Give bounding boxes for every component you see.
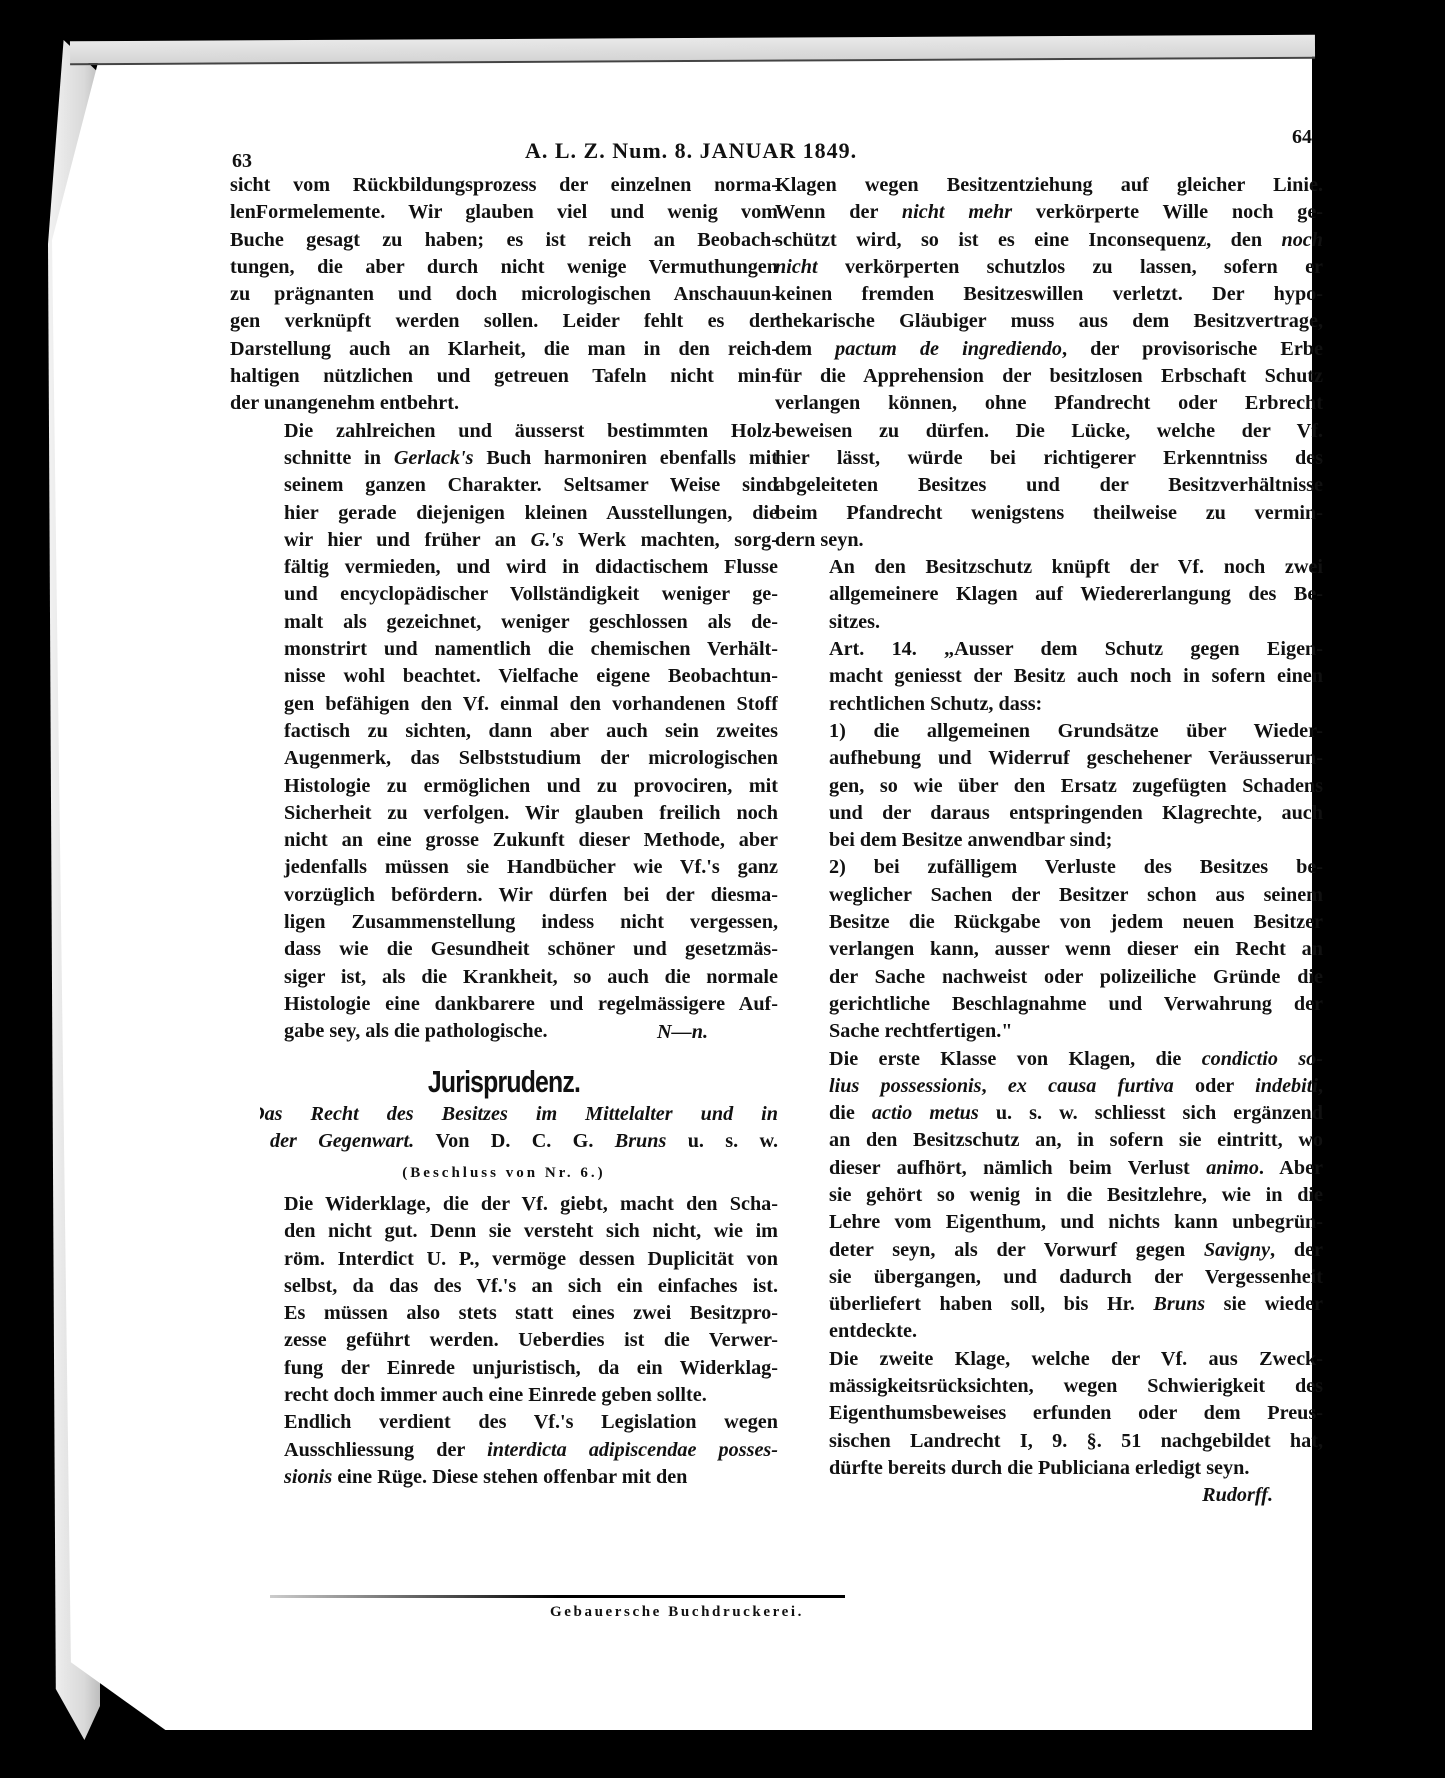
section-title: Jurisprudenz.: [285, 1068, 723, 1095]
page-number-left: 63: [232, 150, 252, 173]
book-title-line: der Gegenwart. Von D. C. G. Bruns u. s. …: [260, 1128, 778, 1155]
text-line: überliefert haben soll, bis Hr. Bruns si…: [775, 1291, 1323, 1318]
text-line: Lehre vom Eigenthum, und nichts kann unb…: [775, 1209, 1323, 1236]
text-line: Die Widerklage, die der Vf. giebt, macht…: [230, 1191, 778, 1218]
text-line: macht geniesst der Besitz auch noch in s…: [775, 663, 1323, 690]
text-line: verlangen können, ohne Pfandrecht oder E…: [775, 390, 1323, 417]
journal-header-title: A. L. Z. Num. 8. JANUAR 1849.: [525, 138, 857, 164]
text-line: nicht an eine grosse Zukunft dieser Meth…: [230, 827, 778, 854]
running-head: 63 A. L. Z. Num. 8. JANUAR 1849. 64: [230, 120, 1320, 170]
text-line: Sache rechtfertigen.": [775, 1018, 1323, 1045]
text-line: und der daraus entspringenden Klagrechte…: [775, 800, 1323, 827]
text-line: factisch zu sichten, dann aber auch sein…: [230, 718, 778, 745]
text-line: schützt wird, so ist es eine Inconsequen…: [775, 227, 1323, 254]
text-line: Art. 14. „Ausser dem Schutz gegen Eigen-: [775, 636, 1323, 663]
text-line: lenFormelemente. Wir glauben viel und we…: [230, 199, 778, 226]
text-line: 2) bei zufälligem Verluste des Besitzes …: [775, 854, 1323, 881]
text-line: dass wie die Gesundheit schöner und gese…: [230, 936, 778, 963]
text-line: Sicherheit zu verfolgen. Wir glauben fre…: [230, 800, 778, 827]
printer-imprint: Gebauersche Buchdruckerei.: [550, 1604, 804, 1621]
book-title-by: Von D. C. G.: [435, 1130, 593, 1152]
text-line: an den Besitzschutz an, in sofern sie ei…: [775, 1127, 1323, 1154]
text-line: nisse wohl beachtet. Vielfache eigene Be…: [230, 663, 778, 690]
text-line: fältig vermieden, und wird in didactisch…: [230, 554, 778, 581]
text-line: An den Besitzschutz knüpft der Vf. noch …: [775, 554, 1323, 581]
text-line: gen, so wie über den Ersatz zugefügten S…: [775, 773, 1323, 800]
text-line: zesse geführt werden. Ueberdies ist die …: [230, 1327, 778, 1354]
paragraph: sicht vom Rückbildungsprozess der einzel…: [230, 172, 778, 418]
text-line: dem pactum de ingrediendo, der provisori…: [775, 336, 1323, 363]
text-line: rechtlichen Schutz, dass:: [775, 691, 1323, 718]
text-line: dern seyn.: [775, 527, 1323, 554]
text-line: Besitze die Rückgabe von jedem neuen Bes…: [775, 909, 1323, 936]
paragraph: Die zweite Klage, welche der Vf. aus Zwe…: [775, 1346, 1323, 1482]
text-line: und encyclopädischer Vollständigkeit wen…: [230, 581, 778, 608]
text-line: ligen Zusammenstellung indess nicht verg…: [230, 909, 778, 936]
text-line: Darstellung auch an Klarheit, die man in…: [230, 336, 778, 363]
text-line: 1) die allgemeinen Grundsätze über Wiede…: [775, 718, 1323, 745]
text-line: vorzüglich befördern. Wir dürfen bei der…: [230, 882, 778, 909]
text-line: jedenfalls müssen sie Handbücher wie Vf.…: [230, 854, 778, 881]
text-line: wir hier und früher an G.'s Werk machten…: [230, 527, 778, 554]
text-line: sie gehört so wenig in die Besitzlehre, …: [775, 1182, 1323, 1209]
text-line: Es müssen also stets statt eines zwei Be…: [230, 1300, 778, 1327]
text-line: Augenmerk, das Selbststudium der microlo…: [230, 745, 778, 772]
text-line: röm. Interdict U. P., vermöge dessen Dup…: [230, 1246, 778, 1273]
paragraph: Art. 14. „Ausser dem Schutz gegen Eigen-…: [775, 636, 1323, 718]
text-line: für die Apprehension der besitzlosen Erb…: [775, 363, 1323, 390]
text-line: der Sache nachweist oder polizeiliche Gr…: [775, 964, 1323, 991]
text-line: Ausschliessung der interdicta adipiscend…: [230, 1437, 778, 1464]
text-line: hier lässt, würde bei richtigerer Erkenn…: [775, 445, 1323, 472]
text-line: sicht vom Rückbildungsprozess der einzel…: [230, 172, 778, 199]
book-title-line: Das Recht des Besitzes im Mittelalter un…: [260, 1101, 778, 1128]
review-signature: Rudorff.: [775, 1482, 1323, 1509]
paragraph: 2) bei zufälligem Verluste des Besitzes …: [775, 854, 1323, 1045]
paragraph: 1) die allgemeinen Grundsätze über Wiede…: [775, 718, 1323, 854]
text-line: aufhebung und Widerruf geschehener Veräu…: [775, 745, 1323, 772]
paragraph: Die Widerklage, die der Vf. giebt, macht…: [230, 1191, 778, 1409]
text-line: Die erste Klasse von Klagen, die condict…: [775, 1046, 1323, 1073]
text-line: tungen, die aber durch nicht wenige Verm…: [230, 254, 778, 281]
text-line: Endlich verdient des Vf.'s Legislation w…: [230, 1409, 778, 1436]
text-line: dieser aufhört, nämlich beim Verlust ani…: [775, 1155, 1323, 1182]
continuation-note: (Beschluss von Nr. 6.): [230, 1160, 778, 1187]
newspaper-page: 63 A. L. Z. Num. 8. JANUAR 1849. 64 sich…: [230, 120, 1320, 170]
page-number-right: 64: [1292, 126, 1312, 149]
text-line: gerichtliche Beschlagnahme und Verwahrun…: [775, 991, 1323, 1018]
paragraph: Klagen wegen Besitzentziehung auf gleich…: [775, 172, 1323, 554]
text-line: schnitte in Gerlack's Buch harmoniren eb…: [230, 445, 778, 472]
book-title-subtitle: der Gegenwart.: [270, 1130, 414, 1152]
book-title-tail: u. s. w.: [688, 1130, 778, 1152]
footer-rule: [270, 1595, 845, 1598]
text-line: der unangenehm entbehrt.: [230, 390, 778, 417]
text-line: thekarische Gläubiger muss aus dem Besit…: [775, 308, 1323, 335]
text-line: nicht verkörperten schutzlos zu lassen, …: [775, 254, 1323, 281]
text-line: bei dem Besitze anwendbar sind;: [775, 827, 1323, 854]
text-line: keinen fremden Besitzeswillen verletzt. …: [775, 281, 1323, 308]
text-line: mässigkeitsrücksichten, wegen Schwierigk…: [775, 1373, 1323, 1400]
text-line: entdeckte.: [775, 1318, 1323, 1345]
text-line: Klagen wegen Besitzentziehung auf gleich…: [775, 172, 1323, 199]
text-line: deter seyn, als der Vorwurf gegen Savign…: [775, 1237, 1323, 1264]
text-line: Buche gesagt zu haben; es ist reich an B…: [230, 227, 778, 254]
paragraph: Endlich verdient des Vf.'s Legislation w…: [230, 1409, 778, 1491]
text-line: monstrirt und namentlich die chemischen …: [230, 636, 778, 663]
text-line: selbst, da das des Vf.'s an sich ein ein…: [230, 1273, 778, 1300]
text-line: Eigenthumsbeweises erfunden oder dem Pre…: [775, 1400, 1323, 1427]
text-line: die actio metus u. s. w. schliesst sich …: [775, 1100, 1323, 1127]
text-line: Die zahlreichen und äusserst bestimmten …: [230, 418, 778, 445]
text-line: recht doch immer auch eine Einrede geben…: [230, 1382, 778, 1409]
text-line: malt als gezeichnet, weniger geschlossen…: [230, 609, 778, 636]
right-column: Klagen wegen Besitzentziehung auf gleich…: [775, 172, 1323, 1510]
text-line: lius possessionis, ex causa furtiva oder…: [775, 1073, 1323, 1100]
text-line: beweisen zu dürfen. Die Lücke, welche de…: [775, 418, 1323, 445]
text-line: siger ist, als die Krankheit, so auch di…: [230, 964, 778, 991]
text-line: abgeleiteten Besitzes und der Besitzverh…: [775, 472, 1323, 499]
left-column: sicht vom Rückbildungsprozess der einzel…: [230, 172, 778, 1491]
text-line: verlangen kann, ausser wenn dieser ein R…: [775, 936, 1323, 963]
text-line: Histologie eine dankbarere und regelmäss…: [230, 991, 778, 1018]
text-line: dürfte bereits durch die Publiciana erle…: [775, 1455, 1323, 1482]
text-line: Die zweite Klage, welche der Vf. aus Zwe…: [775, 1346, 1323, 1373]
paragraph: Die zahlreichen und äusserst bestimmten …: [230, 418, 778, 1046]
text-line: haltigen nützlichen und getreuen Tafeln …: [230, 363, 778, 390]
book-author: Bruns: [615, 1130, 667, 1152]
text-line: gen befähigen den Vf. einmal den vorhand…: [230, 691, 778, 718]
text-line: seinem ganzen Charakter. Seltsamer Weise…: [230, 472, 778, 499]
paragraph: Die erste Klasse von Klagen, die condict…: [775, 1046, 1323, 1346]
text-line: Histologie zu ermöglichen und zu provoci…: [230, 773, 778, 800]
text-line: fung der Einrede unjuristisch, da ein Wi…: [230, 1355, 778, 1382]
text-line: den nicht gut. Denn sie versteht sich ni…: [230, 1218, 778, 1245]
text-line: weglicher Sachen der Besitzer schon aus …: [775, 882, 1323, 909]
text-line: allgemeinere Klagen auf Wiedererlangung …: [775, 581, 1323, 608]
text-line: hier gerade diejenigen kleinen Ausstellu…: [230, 500, 778, 527]
text-line: sischen Landrecht I, 9. §. 51 nachgebild…: [775, 1428, 1323, 1455]
text-line: sitzes.: [775, 609, 1323, 636]
paragraph: An den Besitzschutz knüpft der Vf. noch …: [775, 554, 1323, 636]
text-line: beim Pfandrecht wenigstens theilweise zu…: [775, 500, 1323, 527]
text-line: gen verknüpft werden sollen. Leider fehl…: [230, 308, 778, 335]
book-title: Das Recht des Besitzes im Mittelalter un…: [230, 1101, 778, 1156]
text-line: zu prägnanten und doch micrologischen An…: [230, 281, 778, 308]
text-line: sie übergangen, und dadurch der Vergesse…: [775, 1264, 1323, 1291]
text-line: Wenn der nicht mehr verkörperte Wille no…: [775, 199, 1323, 226]
text-line: sionis eine Rüge. Diese stehen offenbar …: [230, 1464, 778, 1491]
